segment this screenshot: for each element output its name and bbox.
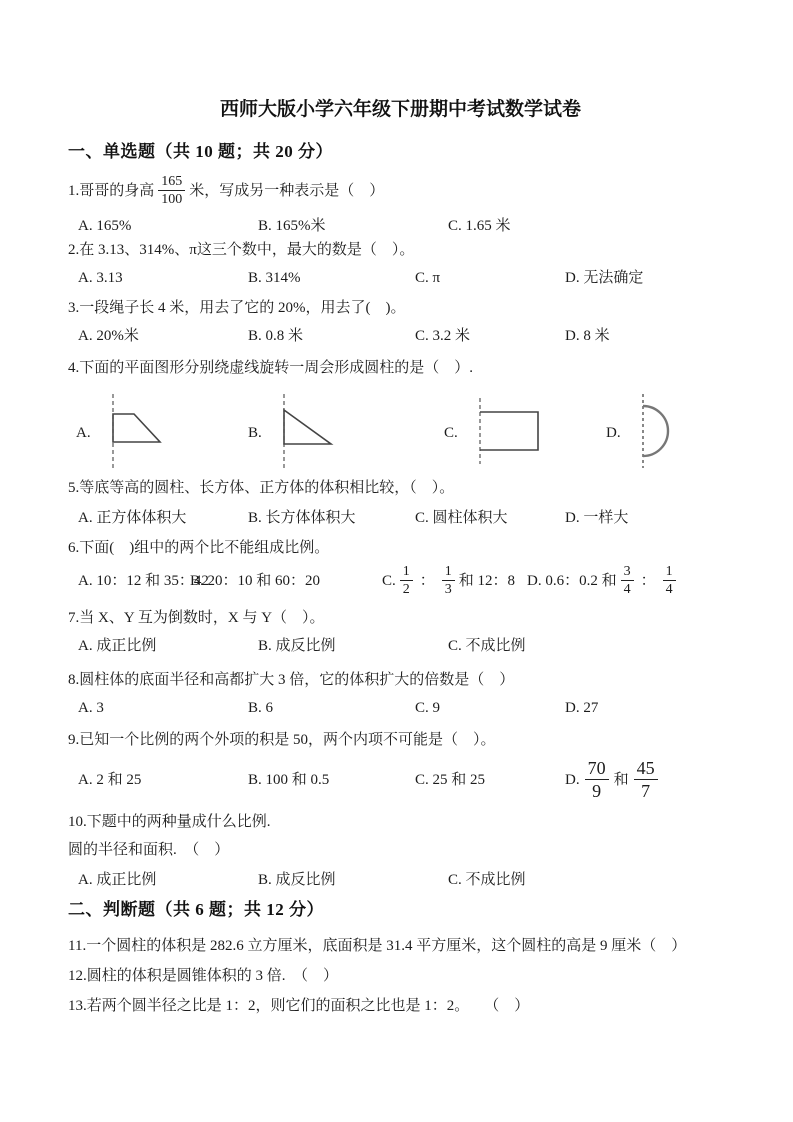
q1-stem-post: 米，写成另一种表示是（ ）	[189, 181, 384, 201]
q2-option-c: C. π	[415, 268, 565, 288]
question-8-stem: 8.圆柱体的底面半径和高都扩大 3 倍，它的体积扩大的倍数是（ ）	[68, 670, 733, 690]
q9-d-fraction-1: 70 9	[585, 758, 609, 801]
q6-d-fraction-1: 3 4	[621, 564, 634, 598]
q6-c-suffix: 和 12：8	[459, 571, 515, 591]
exam-title: 西师大版小学六年级下册期中考试数学试卷	[68, 98, 733, 122]
q5-option-c: C. 圆柱体积大	[415, 508, 565, 528]
question-11-stem: 11.一个圆柱的体积是 282.6 立方厘米，底面积是 31.4 平方厘米，这个…	[68, 936, 733, 956]
q7-option-c: C. 不成比例	[448, 636, 526, 656]
question-4-shape-options: A. B. C. D.	[68, 392, 733, 470]
q1-fraction: 165 100	[158, 174, 185, 208]
question-3-options: A. 20%米 B. 0.8 米 C. 3.2 米 D. 8 米	[68, 326, 733, 346]
q6-option-b: B. 20：10 和 60：20	[190, 571, 382, 591]
question-1-options: A. 165% B. 165%米 C. 1.65 米	[68, 216, 733, 236]
question-10-stem: 10.下题中的两种量成什么比例.	[68, 812, 733, 832]
question-2-options: A. 3.13 B. 314% C. π D. 无法确定	[68, 268, 733, 288]
question-5-stem: 5.等底等高的圆柱、长方体、正方体的体积相比较，（ ）。	[68, 478, 733, 498]
q6-c-prefix: C.	[382, 571, 396, 591]
question-6-stem: 6.下面( )组中的两个比不能组成比例。	[68, 538, 733, 558]
fraction-numerator: 70	[585, 758, 609, 780]
fraction-numerator: 1	[442, 564, 455, 581]
q1-option-c: C. 1.65 米	[448, 216, 511, 236]
question-9-options: A. 2 和 25 B. 100 和 0.5 C. 25 和 25 D. 70 …	[68, 758, 733, 801]
q9-option-b: B. 100 和 0.5	[248, 770, 415, 790]
question-3-stem: 3.一段绳子长 4 米，用去了它的 20%，用去了( )。	[68, 298, 733, 318]
q6-option-c: C. 1 2 ： 1 3 和 12：8	[382, 564, 527, 598]
q2-option-b: B. 314%	[248, 268, 415, 288]
q4-label-a: A.	[76, 419, 91, 443]
fraction-denominator: 9	[592, 780, 601, 802]
q4-option-c: C.	[444, 392, 606, 470]
rectangle-on-axis-icon	[468, 392, 544, 470]
q9-d-and: 和	[614, 770, 629, 790]
fraction-denominator: 4	[666, 581, 673, 598]
exam-page: 西师大版小学六年级下册期中考试数学试卷 一、单选题（共 10 题；共 20 分）…	[0, 0, 793, 1016]
q5-option-a: A. 正方体体积大	[78, 508, 248, 528]
q4-label-c: C.	[444, 419, 458, 443]
question-1-stem: 1.哥哥的身高 165 100 米，写成另一种表示是（ ）	[68, 174, 733, 208]
q6-d-colon: ：	[641, 571, 656, 591]
question-2-stem: 2.在 3.13、314%、π这三个数中，最大的数是（ ）。	[68, 240, 733, 260]
q7-option-b: B. 成反比例	[258, 636, 448, 656]
question-4-stem: 4.下面的平面图形分别绕虚线旋转一周会形成圆柱的是（ ）.	[68, 358, 733, 378]
q2-option-a: A. 3.13	[78, 268, 248, 288]
q6-c-fraction-1: 1 2	[400, 564, 413, 598]
fraction-denominator: 4	[624, 581, 631, 598]
question-5-options: A. 正方体体积大 B. 长方体体积大 C. 圆柱体积大 D. 一样大	[68, 508, 733, 528]
q6-c-fraction-2: 1 3	[442, 564, 455, 598]
question-13-stem: 13.若两个圆半径之比是 1：2，则它们的面积之比也是 1：2。 （ ）	[68, 996, 733, 1016]
fraction-denominator: 3	[445, 581, 452, 598]
q4-label-d: D.	[606, 419, 621, 443]
question-10-line2: 圆的半径和面积. （ ）	[68, 840, 733, 860]
question-8-options: A. 3 B. 6 C. 9 D. 27	[68, 698, 733, 718]
fraction-numerator: 165	[158, 174, 185, 191]
q8-option-d: D. 27	[565, 698, 598, 718]
semicircle-on-axis-icon	[631, 392, 701, 470]
question-12-stem: 12.圆柱的体积是圆锥体积的 3 倍. （ ）	[68, 966, 733, 986]
fraction-numerator: 45	[634, 758, 658, 780]
q4-label-b: B.	[248, 419, 262, 443]
question-7-options: A. 成正比例 B. 成反比例 C. 不成比例	[68, 636, 733, 656]
q3-option-c: C. 3.2 米	[415, 326, 565, 346]
question-10-options: A. 成正比例 B. 成反比例 C. 不成比例	[68, 870, 733, 890]
q3-option-b: B. 0.8 米	[248, 326, 415, 346]
q5-option-b: B. 长方体体积大	[248, 508, 415, 528]
q10-option-a: A. 成正比例	[78, 870, 258, 890]
q5-option-d: D. 一样大	[565, 508, 628, 528]
q9-d-fraction-2: 45 7	[634, 758, 658, 801]
fraction-denominator: 7	[641, 780, 650, 802]
section-1-heading: 一、单选题（共 10 题；共 20 分）	[68, 140, 733, 164]
q4-option-a: A.	[76, 392, 248, 470]
q8-option-b: B. 6	[248, 698, 415, 718]
q2-option-d: D. 无法确定	[565, 268, 643, 288]
q8-option-a: A. 3	[78, 698, 248, 718]
fraction-denominator: 100	[161, 191, 182, 208]
q4-option-d: D.	[606, 392, 701, 470]
q6-option-d: D. 0.6：0.2 和 3 4 ： 1 4	[527, 564, 680, 598]
fraction-numerator: 3	[621, 564, 634, 581]
q3-option-a: A. 20%米	[78, 326, 248, 346]
q9-option-c: C. 25 和 25	[415, 770, 565, 790]
q6-c-colon: ：	[420, 571, 435, 591]
fraction-denominator: 2	[403, 581, 410, 598]
trapezoid-on-axis-icon	[101, 392, 171, 470]
q1-option-b: B. 165%米	[258, 216, 448, 236]
q6-d-prefix: D. 0.6：0.2 和	[527, 571, 617, 591]
fraction-numerator: 1	[663, 564, 676, 581]
q8-option-c: C. 9	[415, 698, 565, 718]
q6-option-a: A. 10：12 和 35：42	[78, 571, 190, 591]
q9-option-a: A. 2 和 25	[78, 770, 248, 790]
fraction-numerator: 1	[400, 564, 413, 581]
q3-option-d: D. 8 米	[565, 326, 610, 346]
q1-stem-pre: 1.哥哥的身高	[68, 181, 154, 201]
q7-option-a: A. 成正比例	[78, 636, 258, 656]
section-2-heading: 二、判断题（共 6 题；共 12 分）	[68, 898, 733, 922]
q9-d-prefix: D.	[565, 770, 580, 790]
question-7-stem: 7.当 X、Y 互为倒数时，X 与 Y（ ）。	[68, 608, 733, 628]
q4-option-b: B.	[248, 392, 444, 470]
q9-option-d: D. 70 9 和 45 7	[565, 758, 663, 801]
q10-option-c: C. 不成比例	[448, 870, 526, 890]
question-6-options: A. 10：12 和 35：42 B. 20：10 和 60：20 C. 1 2…	[68, 564, 733, 598]
q1-option-a: A. 165%	[78, 216, 258, 236]
q6-d-fraction-2: 1 4	[663, 564, 676, 598]
q10-option-b: B. 成反比例	[258, 870, 448, 890]
right-triangle-on-axis-icon	[272, 392, 342, 470]
question-9-stem: 9.已知一个比例的两个外项的积是 50，两个内项不可能是（ ）。	[68, 730, 733, 750]
